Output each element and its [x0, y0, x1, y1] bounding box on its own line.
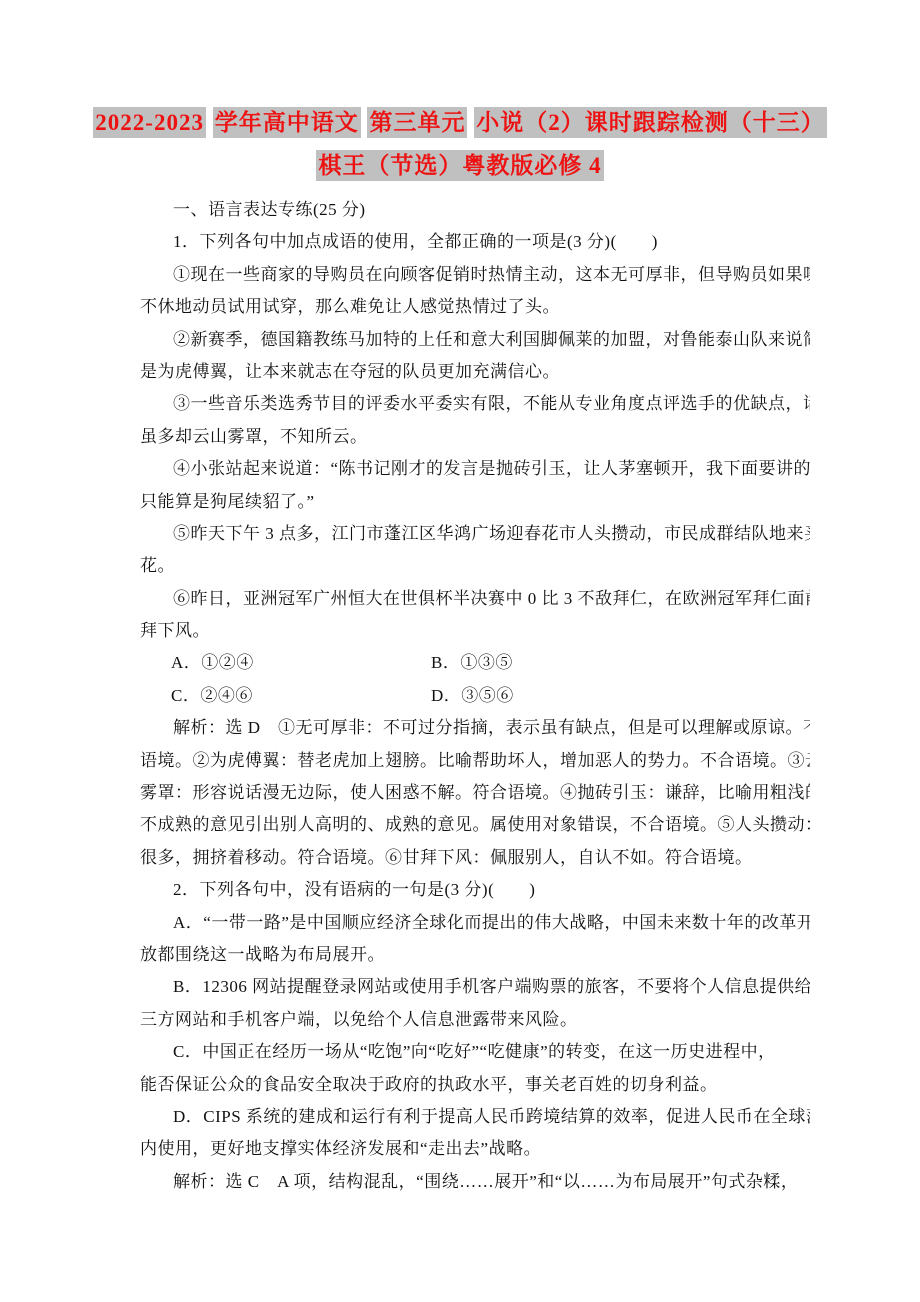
text-line: ③一些音乐类选秀节目的评委水平委实有限，不能从专业角度点评选手的优缺点，话语	[140, 388, 810, 420]
text-line: D．CIPS 系统的建成和运行有利于提高人民币跨境结算的效率，促进人民币在全球范…	[140, 1101, 810, 1133]
text-line: 1．下列各句中加点成语的使用，全都正确的一项是(3 分)( )	[140, 226, 810, 258]
option-row: C．②④⑥D．③⑤⑥	[140, 680, 810, 712]
text-line: 解析：选 C A 项，结构混乱，“围绕……展开”和“以……为布局展开”句式杂糅，	[140, 1166, 810, 1198]
document-body: 一、语言表达专练(25 分)1．下列各句中加点成语的使用，全都正确的一项是(3 …	[0, 187, 920, 1198]
option-right: D．③⑤⑥	[431, 686, 514, 705]
title-highlight-run: 第三单元	[367, 107, 467, 138]
document-page: 2022-2023 学年高中语文 第三单元 小说（2）课时跟踪检测（十三） 棋王…	[0, 0, 920, 1302]
text-line: 花。	[140, 550, 810, 582]
text-line: ①现在一些商家的导购员在向顾客促销时热情主动，这本无可厚非，但导购员如果喋喋	[140, 259, 810, 291]
title-line-1: 2022-2023 学年高中语文 第三单元 小说（2）课时跟踪检测（十三）	[0, 101, 920, 144]
text-line: ②新赛季，德国籍教练马加特的上任和意大利国脚佩莱的加盟，对鲁能泰山队来说简直	[140, 324, 810, 356]
text-line: 能否保证公众的食品安全取决于政府的执政水平，事关老百姓的切身利益。	[140, 1069, 810, 1101]
option-left: C．②④⑥	[171, 680, 431, 712]
title-highlight-run: 棋王（节选）粤教版必修 4	[316, 150, 603, 181]
text-line: 只能算是狗尾续貂了。”	[140, 486, 810, 518]
text-line: 一、语言表达专练(25 分)	[140, 194, 810, 226]
text-line: 虽多却云山雾罩，不知所云。	[140, 421, 810, 453]
text-line: 内使用，更好地支撑实体经济发展和“走出去”战略。	[140, 1133, 810, 1165]
text-line: 三方网站和手机客户端，以免给个人信息泄露带来风险。	[140, 1004, 810, 1036]
text-line: 解析：选 D ①无可厚非：不可过分指摘，表示虽有缺点，但是可以理解或原谅。不合	[140, 712, 810, 744]
text-line: 语境。②为虎傅翼：替老虎加上翅膀。比喻帮助坏人，增加恶人的势力。不合语境。③云山	[140, 745, 810, 777]
text-line: 很多，拥挤着移动。符合语境。⑥甘拜下风：佩服别人，自认不如。符合语境。	[140, 842, 810, 874]
text-line: B．12306 网站提醒登录网站或使用手机客户端购票的旅客，不要将个人信息提供给…	[140, 971, 810, 1003]
text-line: C．中国正在经历一场从“吃饱”向“吃好”“吃健康”的转变，在这一历史进程中，	[140, 1036, 810, 1068]
text-line: 雾罩：形容说话漫无边际，使人困惑不解。符合语境。④抛砖引玉：谦辞，比喻用粗浅的、	[140, 777, 810, 809]
document-title: 2022-2023 学年高中语文 第三单元 小说（2）课时跟踪检测（十三） 棋王…	[0, 0, 920, 187]
title-highlight-run: 2022-2023	[93, 107, 206, 138]
option-row: A．①②④B．①③⑤	[140, 647, 810, 679]
text-line: A．“一带一路”是中国顺应经济全球化而提出的伟大战略，中国未来数十年的改革开	[140, 907, 810, 939]
option-right: B．①③⑤	[431, 653, 513, 672]
text-line: 放都围绕这一战略为布局展开。	[140, 939, 810, 971]
option-left: A．①②④	[171, 647, 431, 679]
title-highlight-run: 学年高中语文	[213, 107, 361, 138]
text-line: 不成熟的意见引出别人高明的、成熟的意见。属使用对象错误，不合语境。⑤人头攒动：人	[140, 809, 810, 841]
text-line: ⑤昨天下午 3 点多，江门市蓬江区华鸿广场迎春花市人头攒动，市民成群结队地来买年	[140, 518, 810, 550]
text-line: 不休地动员试用试穿，那么难免让人感觉热情过了头。	[140, 291, 810, 323]
text-line: 2．下列各句中，没有语病的一句是(3 分)( )	[140, 874, 810, 906]
title-line-2: 棋王（节选）粤教版必修 4	[0, 144, 920, 187]
text-line: ④小张站起来说道：“陈书记刚才的发言是抛砖引玉，让人茅塞顿开，我下面要讲的话	[140, 453, 810, 485]
text-line: 拜下风。	[140, 615, 810, 647]
text-line: ⑥昨日，亚洲冠军广州恒大在世俱杯半决赛中 0 比 3 不敌拜仁，在欧洲冠军拜仁面…	[140, 583, 810, 615]
text-line: 是为虎傅翼，让本来就志在夺冠的队员更加充满信心。	[140, 356, 810, 388]
title-highlight-run: 小说（2）课时跟踪检测（十三）	[474, 107, 827, 138]
